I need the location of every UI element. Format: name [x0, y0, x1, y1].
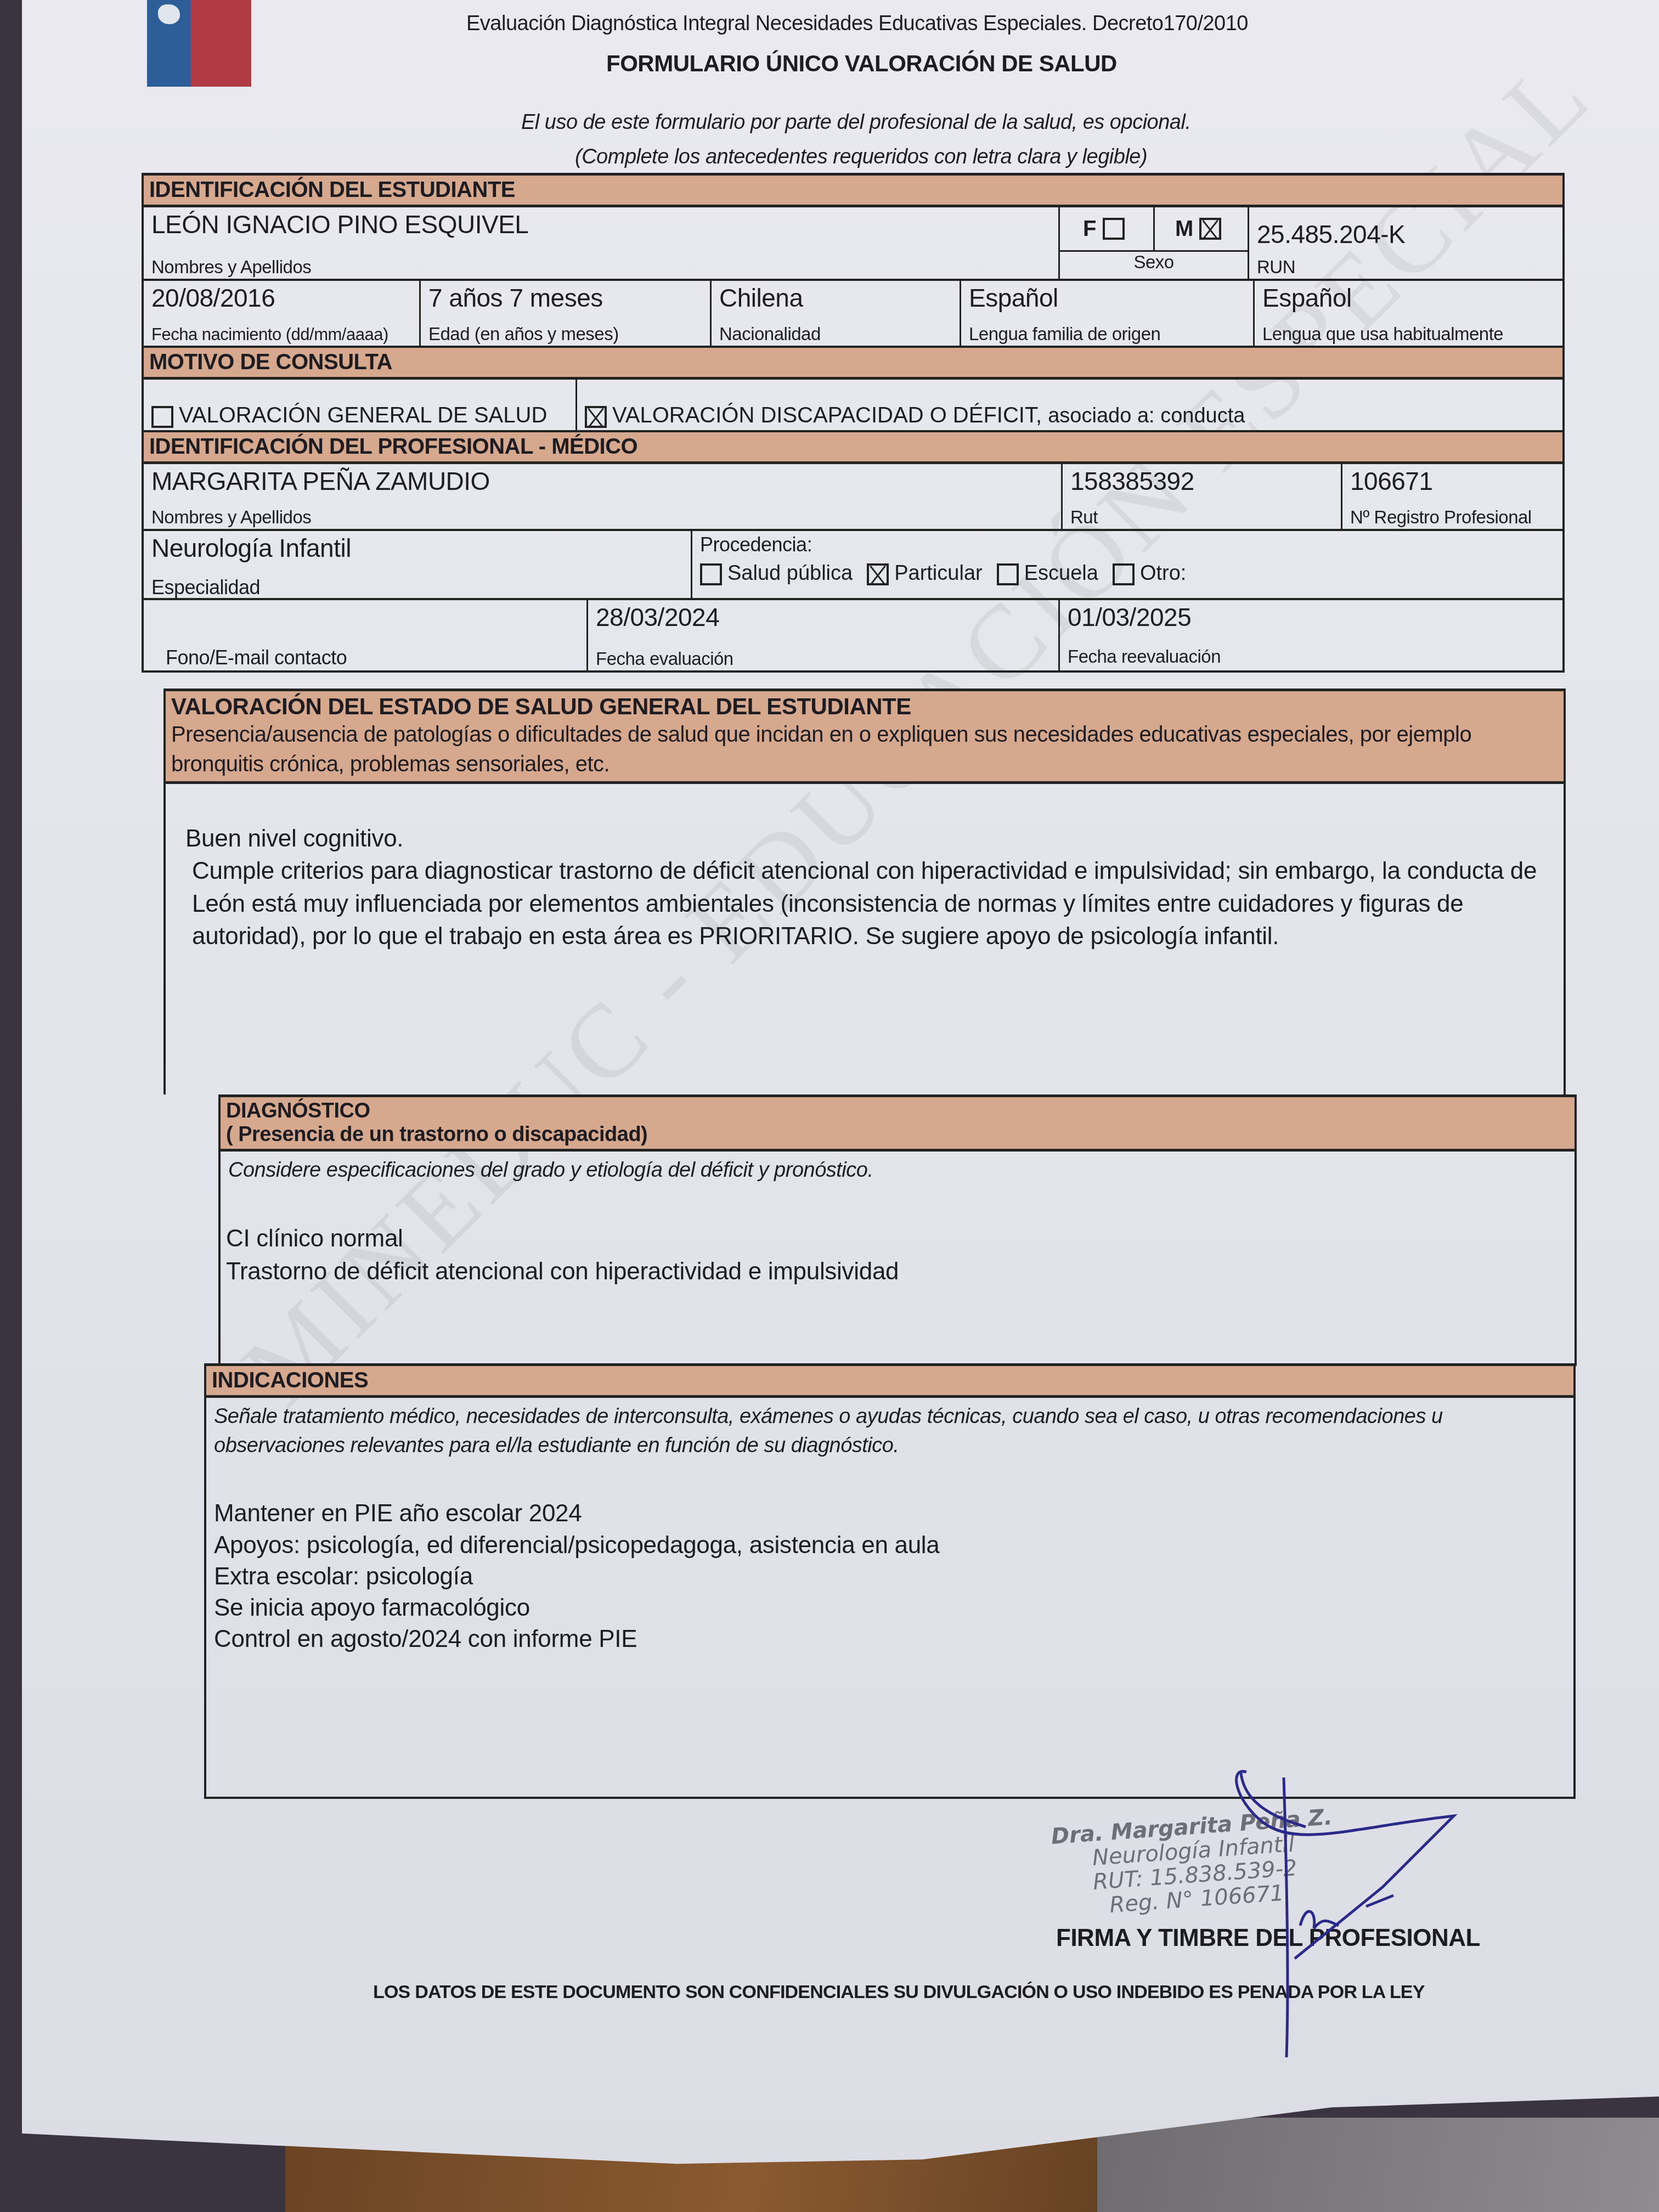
sexo-f-label: F: [1083, 217, 1096, 241]
birthdate-label: Fecha nacimiento (dd/mm/aaaa): [151, 325, 388, 345]
professional-name-field[interactable]: MARGARITA PEÑA ZAMUDIO Nombres y Apellid…: [144, 464, 1063, 529]
student-name-label: Nombres y Apellidos: [151, 257, 311, 278]
registry-number-value: 106671: [1350, 466, 1555, 496]
reevaluation-date-value: 01/03/2025: [1068, 602, 1555, 632]
reevaluation-date-label: Fecha reevaluación: [1068, 646, 1221, 667]
procedencia-option-label: Otro:: [1140, 562, 1186, 585]
ministry-logo: [147, 0, 251, 87]
identification-form: IDENTIFICACIÓN DEL ESTUDIANTE LEÓN IGNAC…: [142, 173, 1565, 673]
valoracion-title: VALORACIÓN DEL ESTADO DE SALUD GENERAL D…: [171, 693, 911, 719]
procedencia-option[interactable]: Escuela: [997, 562, 1098, 585]
family-language-label: Lengua familia de origen: [969, 324, 1160, 345]
procedencia-option[interactable]: Otro:: [1113, 562, 1186, 585]
sexo-f-option[interactable]: F: [1060, 207, 1155, 250]
contact-label: Fono/E-mail contacto: [166, 646, 347, 669]
procedencia-option[interactable]: Salud pública: [700, 562, 853, 585]
procedencia-checkbox[interactable]: [700, 563, 722, 585]
health-assessment-section: VALORACIÓN DEL ESTADO DE SALUD GENERAL D…: [163, 689, 1566, 1094]
sexo-m-label: M: [1175, 217, 1193, 241]
professional-rut-value: 158385392: [1070, 466, 1333, 496]
diagnostico-subtitle: ( Presencia de un trastorno o discapacid…: [226, 1123, 1569, 1147]
nationality-label: Nacionalidad: [719, 324, 821, 345]
professional-stamp: Dra. Margarita Peña Z. Neurología Infant…: [1050, 1805, 1338, 1921]
valoracion-text-area[interactable]: Buen nivel cognitivo. Cumple criterios p…: [166, 784, 1564, 961]
registry-number-field[interactable]: 106671 Nº Registro Profesional: [1342, 464, 1562, 529]
valoracion-description: Presencia/ausencia de patologías o dific…: [171, 720, 1558, 779]
run-value: 25.485.204-K: [1257, 219, 1555, 249]
diagnostico-title: DIAGNÓSTICO: [226, 1099, 1569, 1123]
indicaciones-text-area[interactable]: Mantener en PIE año escolar 2024Apoyos: …: [206, 1465, 1573, 1662]
procedencia-field: Procedencia: Salud públicaParticularEscu…: [692, 531, 1562, 598]
specialty-label: Especialidad: [151, 576, 260, 599]
family-language-field[interactable]: Español Lengua familia de origen: [961, 281, 1255, 346]
section-header-motivo: MOTIVO DE CONSULTA: [144, 348, 1562, 380]
professional-name-label: Nombres y Apellidos: [151, 507, 311, 528]
professional-name-value: MARGARITA PEÑA ZAMUDIO: [151, 466, 1053, 496]
motivo-general-option[interactable]: VALORACIÓN GENERAL DE SALUD: [144, 380, 577, 430]
floor-background: [1097, 2118, 1659, 2212]
indicaciones-hint: Señale tratamiento médico, necesidades d…: [206, 1398, 1573, 1465]
motivo-deficit-checkbox[interactable]: [585, 406, 607, 428]
motivo-general-checkbox[interactable]: [151, 406, 173, 428]
age-label: Edad (en años y meses): [428, 324, 619, 345]
habitual-language-label: Lengua que usa habitualmente: [1262, 324, 1503, 345]
sexo-m-checkbox[interactable]: [1199, 218, 1221, 240]
nationality-field[interactable]: Chilena Nacionalidad: [712, 281, 961, 346]
run-field[interactable]: 25.485.204-K RUN: [1249, 207, 1562, 279]
text-line: CI clínico normal: [226, 1222, 1555, 1255]
procedencia-checkbox[interactable]: [997, 563, 1019, 585]
indications-section: INDICACIONES Señale tratamiento médico, …: [204, 1363, 1576, 1799]
student-name-row: LEÓN IGNACIO PINO ESQUIVEL Nombres y Ape…: [144, 207, 1562, 281]
procedencia-checkbox[interactable]: [1113, 563, 1135, 585]
section-header-estudiante: IDENTIFICACIÓN DEL ESTUDIANTE: [144, 173, 1562, 207]
professional-name-row: MARGARITA PEÑA ZAMUDIO Nombres y Apellid…: [144, 464, 1562, 531]
motivo-deficit-label: VALORACIÓN DISCAPACIDAD O DÉFICIT,: [612, 403, 1042, 428]
section-header-valoracion: VALORACIÓN DEL ESTADO DE SALUD GENERAL D…: [166, 689, 1564, 784]
subtitle-instructions: (Complete los antecedentes requeridos co…: [575, 145, 1147, 169]
specialty-field[interactable]: Neurología Infantil Especialidad: [144, 531, 692, 598]
procedencia-option-label: Particular: [894, 562, 983, 585]
text-line: Mantener en PIE año escolar 2024: [214, 1498, 1554, 1529]
nationality-value: Chilena: [719, 283, 952, 313]
text-line: Control en agosto/2024 con informe PIE: [214, 1623, 1554, 1655]
sexo-f-checkbox[interactable]: [1103, 218, 1125, 240]
text-line: Apoyos: psicología, ed diferencial/psico…: [214, 1530, 1554, 1561]
student-details-row: 20/08/2016 Fecha nacimiento (dd/mm/aaaa)…: [144, 281, 1562, 348]
text-line: Trastorno de déficit atencional con hipe…: [226, 1255, 1555, 1288]
habitual-language-value: Español: [1262, 283, 1555, 313]
evaluation-date-label: Fecha evaluación: [596, 648, 733, 669]
specialty-value: Neurología Infantil: [151, 533, 683, 563]
evaluation-date-value: 28/03/2024: [596, 602, 1051, 632]
student-name-value: LEÓN IGNACIO PINO ESQUIVEL: [151, 210, 1051, 239]
section-header-indicaciones: INDICACIONES: [206, 1363, 1573, 1398]
subtitle-optional-note: El uso de este formulario por parte del …: [521, 111, 1190, 134]
student-name-field[interactable]: LEÓN IGNACIO PINO ESQUIVEL Nombres y Ape…: [144, 207, 1060, 279]
procedencia-label: Procedencia:: [700, 533, 1555, 556]
confidentiality-notice: LOS DATOS DE ESTE DOCUMENTO SON CONFIDEN…: [373, 1982, 1425, 2003]
contact-dates-row: Fono/E-mail contacto 28/03/2024 Fecha ev…: [144, 600, 1562, 673]
signature-label: FIRMA Y TIMBRE DEL PROFESIONAL: [1056, 1925, 1480, 1952]
procedencia-options: Salud públicaParticularEscuelaOtro:: [700, 562, 1555, 585]
procedencia-checkbox[interactable]: [867, 563, 889, 585]
professional-rut-field[interactable]: 158385392 Rut: [1063, 464, 1342, 529]
text-line: Extra escolar: psicología: [214, 1561, 1554, 1592]
procedencia-option-label: Escuela: [1024, 562, 1098, 585]
diagnostico-hint: Considere especificaciones del grado y e…: [221, 1152, 1575, 1189]
section-header-profesional: IDENTIFICACIÓN DEL PROFESIONAL - MÉDICO: [144, 432, 1562, 464]
age-field[interactable]: 7 años 7 meses Edad (en años y meses): [421, 281, 712, 346]
valoracion-line2: Cumple criterios para diagnosticar trast…: [185, 855, 1544, 952]
run-label: RUN: [1257, 257, 1295, 278]
birthdate-value: 20/08/2016: [151, 283, 411, 313]
procedencia-option-label: Salud pública: [727, 562, 853, 585]
document-title: FORMULARIO ÚNICO VALORACIÓN DE SALUD: [606, 50, 1117, 77]
motivo-asociado-value[interactable]: asociado a: conducta: [1048, 404, 1245, 428]
sexo-m-option[interactable]: M: [1155, 207, 1248, 250]
diagnostico-text-area[interactable]: CI clínico normalTrastorno de déficit at…: [221, 1189, 1575, 1295]
evaluation-date-field[interactable]: 28/03/2024 Fecha evaluación: [588, 600, 1060, 670]
sexo-label: Sexo: [1060, 252, 1248, 273]
motivo-row: VALORACIÓN GENERAL DE SALUD VALORACIÓN D…: [144, 380, 1562, 432]
text-line: Se inicia apoyo farmacológico: [214, 1592, 1554, 1623]
specialty-row: Neurología Infantil Especialidad Procede…: [144, 531, 1562, 600]
professional-rut-label: Rut: [1070, 507, 1098, 528]
birthdate-field[interactable]: 20/08/2016 Fecha nacimiento (dd/mm/aaaa): [144, 281, 421, 346]
contact-field[interactable]: Fono/E-mail contacto: [144, 600, 588, 670]
coat-of-arms-icon: [158, 4, 180, 24]
motivo-deficit-option[interactable]: VALORACIÓN DISCAPACIDAD O DÉFICIT, asoci…: [577, 380, 1562, 430]
document-title-line1: Evaluación Diagnóstica Integral Necesida…: [466, 12, 1248, 36]
habitual-language-field[interactable]: Español Lengua que usa habitualmente: [1255, 281, 1562, 346]
valoracion-line1: Buen nivel cognitivo.: [185, 822, 1544, 855]
reevaluation-date-field[interactable]: 01/03/2025 Fecha reevaluación: [1060, 600, 1562, 670]
family-language-value: Español: [969, 283, 1245, 313]
registry-number-label: Nº Registro Profesional: [1350, 507, 1532, 528]
section-header-diagnostico: DIAGNÓSTICO ( Presencia de un trastorno …: [221, 1094, 1575, 1152]
age-value: 7 años 7 meses: [428, 283, 702, 313]
diagnosis-section: DIAGNÓSTICO ( Presencia de un trastorno …: [218, 1094, 1577, 1366]
motivo-general-label: VALORACIÓN GENERAL DE SALUD: [179, 403, 547, 428]
sexo-field: F M Sexo: [1060, 207, 1249, 279]
procedencia-option[interactable]: Particular: [867, 562, 983, 585]
